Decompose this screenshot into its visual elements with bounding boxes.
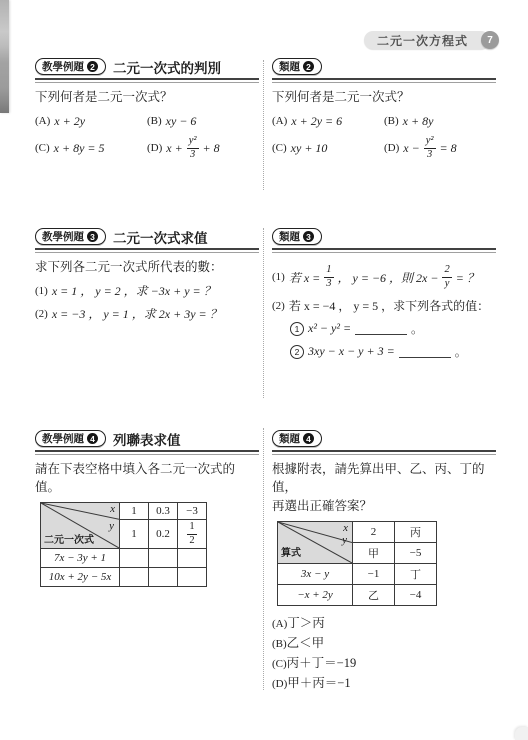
expression-row-label: 3x − y	[278, 564, 353, 585]
option-label: (D)	[147, 142, 162, 154]
badge-label: 類題	[279, 431, 300, 446]
example-badge: 教學例題 3	[35, 228, 106, 245]
question-text: 下列何者是二元一次式？	[35, 88, 259, 106]
option-b: (B)乙＜甲	[272, 634, 496, 654]
intro-text-line1: 根據附表，請先算出甲、乙、丙、丁的值，	[272, 460, 496, 496]
option-a: (A) x + 2y = 6	[272, 110, 384, 132]
option-label: (B)	[272, 638, 287, 650]
page-header-tab: 二元一次方程式 7	[364, 31, 490, 49]
expression-post: = ？	[456, 269, 479, 286]
expression-mid: ， y = −6 ，則 2x −	[338, 269, 439, 286]
column-divider-dotted	[263, 228, 264, 398]
badge-label: 類題	[279, 229, 300, 244]
answer-blank	[399, 346, 451, 358]
fraction-numerator: 1	[187, 522, 196, 535]
option-label: (D)	[272, 678, 287, 690]
corner-word-label: 二元一次式	[44, 531, 94, 546]
section-related-4: 類題 4 根據附表，請先算出甲、乙、丙、丁的值， 再選出正確答案？ x y 算式…	[272, 430, 496, 694]
section-rule	[272, 450, 496, 455]
empty-fill-cell	[178, 568, 207, 587]
badge-label: 教學例題	[42, 59, 84, 74]
y-value-cell: 甲	[353, 543, 395, 564]
page-corner-curl	[515, 727, 528, 740]
option-a: (A)丁＞丙	[272, 614, 496, 634]
expression-row-label: −x + 2y	[278, 585, 353, 606]
x-value-cell: 2	[353, 522, 395, 543]
answer-options: (A)丁＞丙 (B)乙＜甲 (C)丙＋丁＝−19 (D)甲＋丙＝−1	[272, 614, 496, 694]
subquestion-label: (2)	[272, 300, 285, 312]
badge-label: 類題	[279, 59, 300, 74]
x-value-cell: 1	[120, 503, 149, 520]
subquestion-text: 若 x = −4 ， y = 5 ，求下列各式的值：	[289, 297, 489, 314]
related-badge: 類題 4	[272, 430, 322, 447]
empty-fill-cell	[120, 568, 149, 587]
section-rule	[272, 248, 496, 253]
value-table: x y 算式 2 丙 甲 −5 3x − y −1 丁 −x + 2y 乙 −4	[277, 521, 437, 606]
badge-number: 3	[303, 231, 314, 242]
badge-label: 教學例題	[42, 229, 84, 244]
subquestion-label: (1)	[35, 285, 48, 297]
book-spine-shadow	[0, 0, 9, 113]
section-related-2: 類題 2 下列何者是二元一次式？ (A) x + 2y = 6 (B) x + …	[272, 58, 496, 164]
section-title: 二元一次式求值	[113, 227, 208, 247]
answer-blank	[355, 323, 407, 335]
fraction-denominator: y	[445, 278, 450, 290]
option-a: (A) x + 2y	[35, 110, 147, 132]
fraction: 1 3	[324, 265, 333, 289]
empty-fill-cell	[120, 549, 149, 568]
y-value-cell: −5	[395, 543, 437, 564]
option-label: (A)	[272, 115, 287, 127]
intro-text-line2: 再選出正確答案？	[272, 497, 496, 515]
y-value-cell: 0.2	[149, 520, 178, 549]
chapter-title: 二元一次方程式	[377, 32, 468, 49]
option-label: (D)	[384, 142, 399, 154]
option-label: (A)	[35, 115, 50, 127]
option-label: (C)	[272, 658, 287, 670]
fraction-denominator: 3	[326, 278, 331, 290]
section-example-4: 教學例題 4 列聯表求值 請在下表空格中填入各二元一次式的值。 x y 二元一次…	[35, 430, 259, 587]
option-d: (D)甲＋丙＝−1	[272, 674, 496, 694]
option-c: (C)丙＋丁＝−19	[272, 654, 496, 674]
option-expression: x + 8y = 5	[54, 141, 105, 156]
option-expression: x + 8y	[403, 114, 434, 129]
subquestion-2: (2) x = −3 ， y = 1 ，求 2x + 3y = ？	[35, 305, 259, 322]
empty-fill-cell	[178, 549, 207, 568]
section-related-2-header: 類題 2	[272, 58, 496, 75]
value-cell: 乙	[353, 585, 395, 606]
option-label: (B)	[384, 115, 399, 127]
fraction-numerator: 1	[324, 265, 333, 278]
subquestion-2: (2) 若 x = −4 ， y = 5 ，求下列各式的值：	[272, 297, 496, 314]
options-grid: (A) x + 2y = 6 (B) x + 8y (C) xy + 10 (D…	[272, 110, 496, 164]
section-example-2-header: 教學例題 2 二元一次式的判別	[35, 58, 259, 75]
subquestion-expression: x = 1 ， y = 2 ，求 −3x + y = ？	[52, 282, 216, 299]
option-label: (B)	[147, 115, 162, 127]
badge-number: 4	[87, 433, 98, 444]
y-value-cell: 1 2	[178, 520, 207, 549]
fraction-numerator: y²	[187, 136, 199, 149]
subquestion-1: (1) 若 x = 1 3 ， y = −6 ，則 2x − 2 y = ？	[272, 263, 496, 291]
corner-y-label: y	[342, 534, 347, 546]
section-rule	[35, 78, 259, 83]
period-mark: 。	[411, 320, 423, 337]
x-value-cell: 0.3	[149, 503, 178, 520]
question-text: 下列何者是二元一次式？	[272, 88, 496, 106]
option-text: 丁＞丙	[287, 616, 325, 630]
option-expression-post: = 8	[440, 141, 457, 156]
option-expression: x + 2y	[54, 114, 85, 129]
fraction-denominator: 2	[189, 535, 194, 547]
empty-fill-cell	[149, 549, 178, 568]
subquestion-expression: x = −3 ， y = 1 ，求 2x + 3y = ？	[52, 305, 222, 322]
empty-fill-cell	[149, 568, 178, 587]
fraction-denominator: 3	[190, 149, 195, 161]
option-label: (C)	[35, 142, 50, 154]
option-expression: xy + 10	[291, 141, 328, 156]
option-text: 丙＋丁＝−19	[287, 656, 357, 670]
badge-number: 4	[303, 433, 314, 444]
intro-text: 求下列各二元一次式所代表的數：	[35, 258, 259, 276]
corner-y-label: y	[109, 520, 114, 532]
value-fill-table: x y 二元一次式 1 0.3 −3 1 0.2 1 2 7x − 3y + 1	[40, 502, 207, 587]
option-b: (B) x + 8y	[384, 110, 496, 132]
option-expression-pre: x −	[403, 141, 419, 156]
example-badge: 教學例題 2	[35, 58, 106, 75]
badge-label: 教學例題	[42, 431, 84, 446]
expression-row-label: 7x − 3y + 1	[41, 549, 120, 568]
fraction: y² 3	[187, 136, 199, 160]
section-example-3: 教學例題 3 二元一次式求值 求下列各二元一次式所代表的數： (1) x = 1…	[35, 228, 259, 322]
option-c: (C) xy + 10	[272, 132, 384, 164]
section-related-3-header: 類題 3	[272, 228, 496, 245]
subitem-2: 2 3xy − x − y + 3 = 。	[290, 343, 496, 360]
table-corner-cell: x y 二元一次式	[41, 503, 120, 549]
expression-pre: 若 x =	[289, 269, 320, 286]
column-divider-dotted	[263, 428, 264, 690]
options-grid: (A) x + 2y (B) xy − 6 (C) x + 8y = 5 (D)…	[35, 110, 259, 164]
option-expression-post: + 8	[203, 141, 220, 156]
value-cell: 丁	[395, 564, 437, 585]
option-expression-pre: x +	[166, 141, 182, 156]
section-example-2: 教學例題 2 二元一次式的判別 下列何者是二元一次式？ (A) x + 2y (…	[35, 58, 259, 164]
circled-number: 1	[290, 322, 304, 336]
corner-word-label: 算式	[281, 544, 301, 559]
expression-row-label: 10x + 2y − 5x	[41, 568, 120, 587]
fraction: 1 2	[187, 522, 196, 546]
subquestion-1: (1) x = 1 ， y = 2 ，求 −3x + y = ？	[35, 282, 259, 299]
section-title: 二元一次式的判別	[113, 57, 221, 77]
y-value-cell: 1	[120, 520, 149, 549]
option-label: (C)	[272, 142, 287, 154]
section-related-4-header: 類題 4	[272, 430, 496, 447]
fraction-numerator: 2	[442, 265, 451, 278]
option-b: (B) xy − 6	[147, 110, 259, 132]
period-mark: 。	[455, 343, 467, 360]
badge-number: 3	[87, 231, 98, 242]
subitem-1: 1 x² − y² = 。	[290, 320, 496, 337]
subquestion-label: (1)	[272, 271, 285, 283]
section-rule	[35, 450, 259, 455]
option-text: 甲＋丙＝−1	[287, 676, 350, 690]
subitem-expression: 3xy − x − y + 3 =	[308, 344, 395, 359]
subitem-expression: x² − y² =	[308, 321, 351, 336]
fraction-denominator: 3	[427, 149, 432, 161]
section-example-3-header: 教學例題 3 二元一次式求值	[35, 228, 259, 245]
option-label: (A)	[272, 618, 287, 630]
subquestion-label: (2)	[35, 308, 48, 320]
section-title: 列聯表求值	[113, 429, 181, 449]
badge-number: 2	[303, 61, 314, 72]
option-d: (D) x − y² 3 = 8	[384, 132, 496, 164]
related-badge: 類題 3	[272, 228, 322, 245]
intro-text: 請在下表空格中填入各二元一次式的值。	[35, 460, 259, 496]
option-expression: x + 2y = 6	[291, 114, 342, 129]
corner-x-label: x	[343, 522, 348, 534]
option-c: (C) x + 8y = 5	[35, 132, 147, 164]
fraction-numerator: y²	[424, 136, 436, 149]
section-rule	[272, 78, 496, 83]
corner-x-label: x	[110, 503, 115, 515]
fraction: 2 y	[442, 265, 451, 289]
example-badge: 教學例題 4	[35, 430, 106, 447]
fraction: y² 3	[424, 136, 436, 160]
value-cell: −4	[395, 585, 437, 606]
section-rule	[35, 248, 259, 253]
section-related-3: 類題 3 (1) 若 x = 1 3 ， y = −6 ，則 2x − 2 y …	[272, 228, 496, 360]
option-expression: xy − 6	[166, 114, 197, 129]
column-divider-dotted	[263, 60, 264, 190]
circled-number: 2	[290, 345, 304, 359]
x-value-cell: 丙	[395, 522, 437, 543]
table-corner-cell: x y 算式	[278, 522, 353, 564]
option-text: 乙＜甲	[287, 636, 325, 650]
x-value-cell: −3	[178, 503, 207, 520]
option-d: (D) x + y² 3 + 8	[147, 132, 259, 164]
badge-number: 2	[87, 61, 98, 72]
page-number-badge: 7	[481, 31, 499, 49]
section-example-4-header: 教學例題 4 列聯表求值	[35, 430, 259, 447]
related-badge: 類題 2	[272, 58, 322, 75]
value-cell: −1	[353, 564, 395, 585]
